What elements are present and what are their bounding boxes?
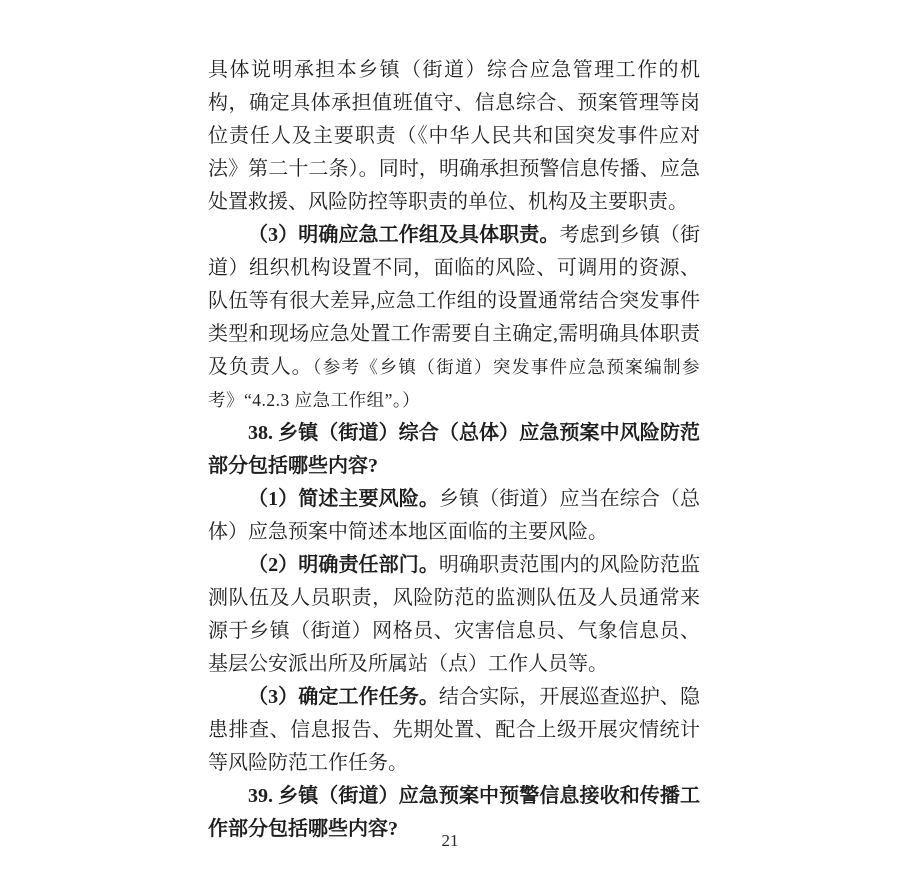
paragraph-lead-bold: （3）明确应急工作组及具体职责。	[248, 224, 559, 246]
paragraph-item2-responsible-departments: （2）明确责任部门。明确职责范围内的风险防范监测队伍及人员职责，风险防范的监测队…	[208, 549, 700, 681]
question-38-heading: 38. 乡镇（街道）综合（总体）应急预案中风险防范部分包括哪些内容?	[208, 417, 700, 483]
paragraph-text: 具体说明承担本乡镇（街道）综合应急管理工作的机构，确定具体承担值班值守、信息综合…	[208, 59, 700, 213]
paragraph-lead-bold: （2）明确责任部门。	[248, 554, 439, 576]
page-number: 21	[0, 831, 900, 851]
page-text-block: 具体说明承担本乡镇（街道）综合应急管理工作的机构，确定具体承担值班值守、信息综合…	[208, 54, 700, 846]
paragraph-item3-work-tasks: （3）确定工作任务。结合实际，开展巡查巡护、隐患排查、信息报告、先期处置、配合上…	[208, 681, 700, 780]
paragraph-lead-bold: （1）简述主要风险。	[248, 488, 439, 510]
paragraph-item3-emergency-workgroups: （3）明确应急工作组及具体职责。考虑到乡镇（街道）组织机构设置不同，面临的风险、…	[208, 219, 700, 417]
paragraph-text: 考虑到乡镇（街道）组织机构设置不同，面临的风险、可调用的资源、队伍等有很大差异,…	[208, 224, 700, 378]
heading-text: 38. 乡镇（街道）综合（总体）应急预案中风险防范部分包括哪些内容?	[208, 422, 700, 477]
paragraph-lead-bold: （3）确定工作任务。	[248, 686, 439, 708]
paragraph-item1-main-risks: （1）简述主要风险。乡镇（街道）应当在综合（总体）应急预案中简述本地区面临的主要…	[208, 483, 700, 549]
document-page: 具体说明承担本乡镇（街道）综合应急管理工作的机构，确定具体承担值班值守、信息综合…	[0, 0, 900, 873]
paragraph-continuation: 具体说明承担本乡镇（街道）综合应急管理工作的机构，确定具体承担值班值守、信息综合…	[208, 54, 700, 219]
